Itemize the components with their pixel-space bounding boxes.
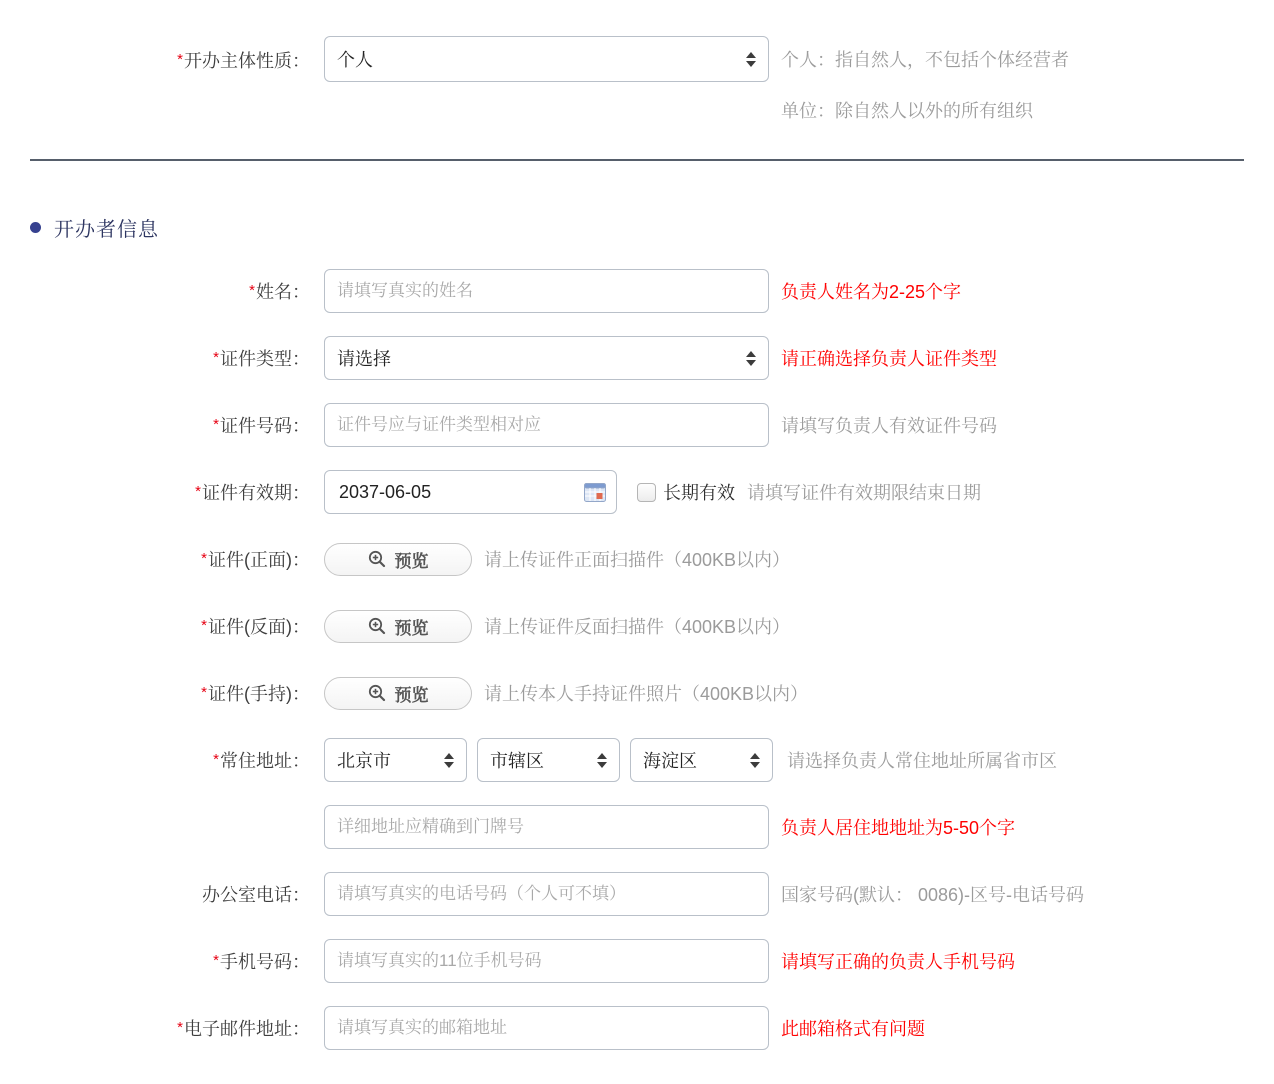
section-title: 开办者信息 — [54, 213, 159, 242]
email-error: 此邮箱格式有问题 — [781, 1015, 925, 1041]
select-arrows-icon — [750, 753, 760, 768]
id-type-error: 请正确选择负责人证件类型 — [781, 345, 997, 371]
id-back-row: *证件(反面)： 预览 请上传证件反面扫描件（400KB以内） — [30, 604, 1244, 648]
subject-nature-select[interactable]: 个人 — [324, 36, 769, 82]
magnifier-plus-icon — [368, 684, 386, 702]
mobile-row: *手机号码： 请填写正确的负责人手机号码 — [30, 939, 1244, 983]
address-detail-input[interactable] — [324, 805, 769, 849]
region-row: *常住地址： 北京市 市辖区 海淀区 请选择负责人常住地址所属省市区 — [30, 738, 1244, 782]
id-type-select[interactable]: 请选择 — [324, 336, 769, 380]
province-select[interactable]: 北京市 — [324, 738, 467, 782]
id-hand-label: 证件(手持)： — [208, 684, 310, 704]
id-back-preview-button[interactable]: 预览 — [324, 610, 472, 643]
city-select[interactable]: 市辖区 — [477, 738, 620, 782]
address-detail-row: 负责人居住地地址为5-50个字 — [30, 805, 1244, 849]
district-value: 海淀区 — [643, 747, 697, 773]
long-term-checkbox[interactable] — [637, 483, 656, 502]
id-back-hint: 请上传证件反面扫描件（400KB以内） — [484, 613, 790, 639]
id-number-hint: 请填写负责人有效证件号码 — [781, 412, 997, 438]
help-line-2: 单位：除自然人以外的所有组织 — [781, 97, 1069, 123]
required-asterisk: * — [177, 51, 183, 68]
subject-nature-label: *开办主体性质： — [30, 36, 324, 73]
required-asterisk: * — [195, 483, 201, 500]
id-back-label: 证件(反面)： — [208, 617, 310, 637]
select-arrows-icon — [444, 753, 454, 768]
select-arrows-icon — [746, 52, 756, 67]
id-hand-hint: 请上传本人手持证件照片（400KB以内） — [484, 680, 808, 706]
region-hint: 请选择负责人常住地址所属省市区 — [787, 747, 1057, 773]
registration-form-page: *开办主体性质： 个人 个人：指自然人，不包括个体经营者 单位：除自然人以外的所… — [0, 0, 1274, 1084]
validity-row: *证件有效期： 长期有效 请填写证件有效期限结束日期 — [30, 470, 1244, 514]
office-phone-row: 办公室电话： 国家号码(默认： 0086)-区号-电话号码 — [30, 872, 1244, 916]
office-phone-hint: 国家号码(默认： 0086)-区号-电话号码 — [781, 881, 1084, 907]
divider — [30, 159, 1244, 161]
validity-date-input[interactable] — [337, 481, 584, 504]
required-asterisk: * — [213, 349, 219, 366]
id-hand-preview-button[interactable]: 预览 — [324, 677, 472, 710]
help-line-1: 个人：指自然人，不包括个体经营者 — [781, 36, 1069, 72]
subject-nature-row: *开办主体性质： 个人 个人：指自然人，不包括个体经营者 单位：除自然人以外的所… — [30, 36, 1244, 123]
office-phone-label: 办公室电话： — [202, 885, 310, 905]
name-row: *姓名： 负责人姓名为2-25个字 — [30, 269, 1244, 313]
id-number-row: *证件号码： 请填写负责人有效证件号码 — [30, 403, 1244, 447]
id-hand-row: *证件(手持)： 预览 请上传本人手持证件照片（400KB以内） — [30, 671, 1244, 715]
id-front-preview-button[interactable]: 预览 — [324, 543, 472, 576]
id-number-input[interactable] — [324, 403, 769, 447]
mobile-error: 请填写正确的负责人手机号码 — [781, 948, 1015, 974]
id-front-label: 证件(正面)： — [208, 550, 310, 570]
required-asterisk: * — [249, 282, 255, 299]
subject-nature-help: 个人：指自然人，不包括个体经营者 单位：除自然人以外的所有组织 — [781, 36, 1069, 123]
id-type-value: 请选择 — [337, 345, 391, 371]
required-asterisk: * — [201, 684, 207, 701]
region-label: 常住地址： — [220, 751, 310, 771]
calendar-icon[interactable] — [584, 483, 606, 502]
id-front-row: *证件(正面)： 预览 请上传证件正面扫描件（400KB以内） — [30, 537, 1244, 581]
validity-label: 证件有效期： — [202, 483, 310, 503]
mobile-input[interactable] — [324, 939, 769, 983]
select-arrows-icon — [597, 753, 607, 768]
id-type-row: *证件类型： 请选择 请正确选择负责人证件类型 — [30, 336, 1244, 380]
subject-nature-value: 个人 — [337, 46, 373, 72]
mobile-label: 手机号码： — [220, 952, 310, 972]
id-number-label: 证件号码： — [220, 416, 310, 436]
email-label: 电子邮件地址： — [184, 1019, 310, 1039]
validity-hint: 请填写证件有效期限结束日期 — [747, 479, 981, 505]
name-label: 姓名： — [256, 282, 310, 302]
select-arrows-icon — [746, 351, 756, 366]
validity-date-field[interactable] — [324, 470, 617, 514]
city-value: 市辖区 — [490, 747, 544, 773]
required-asterisk: * — [201, 617, 207, 634]
section-header: 开办者信息 — [30, 213, 1244, 242]
required-asterisk: * — [201, 550, 207, 567]
office-phone-input[interactable] — [324, 872, 769, 916]
magnifier-plus-icon — [368, 550, 386, 568]
email-row: *电子邮件地址： 此邮箱格式有问题 — [30, 1006, 1244, 1050]
bullet-icon — [30, 222, 41, 233]
province-value: 北京市 — [337, 747, 391, 773]
id-front-hint: 请上传证件正面扫描件（400KB以内） — [484, 546, 790, 572]
long-term-label: 长期有效 — [663, 479, 735, 505]
magnifier-plus-icon — [368, 617, 386, 635]
district-select[interactable]: 海淀区 — [630, 738, 773, 782]
required-asterisk: * — [213, 751, 219, 768]
name-error: 负责人姓名为2-25个字 — [781, 278, 961, 304]
name-input[interactable] — [324, 269, 769, 313]
required-asterisk: * — [213, 416, 219, 433]
id-type-label: 证件类型： — [220, 349, 310, 369]
address-detail-error: 负责人居住地地址为5-50个字 — [781, 814, 1015, 840]
email-input[interactable] — [324, 1006, 769, 1050]
required-asterisk: * — [177, 1019, 183, 1036]
required-asterisk: * — [213, 952, 219, 969]
